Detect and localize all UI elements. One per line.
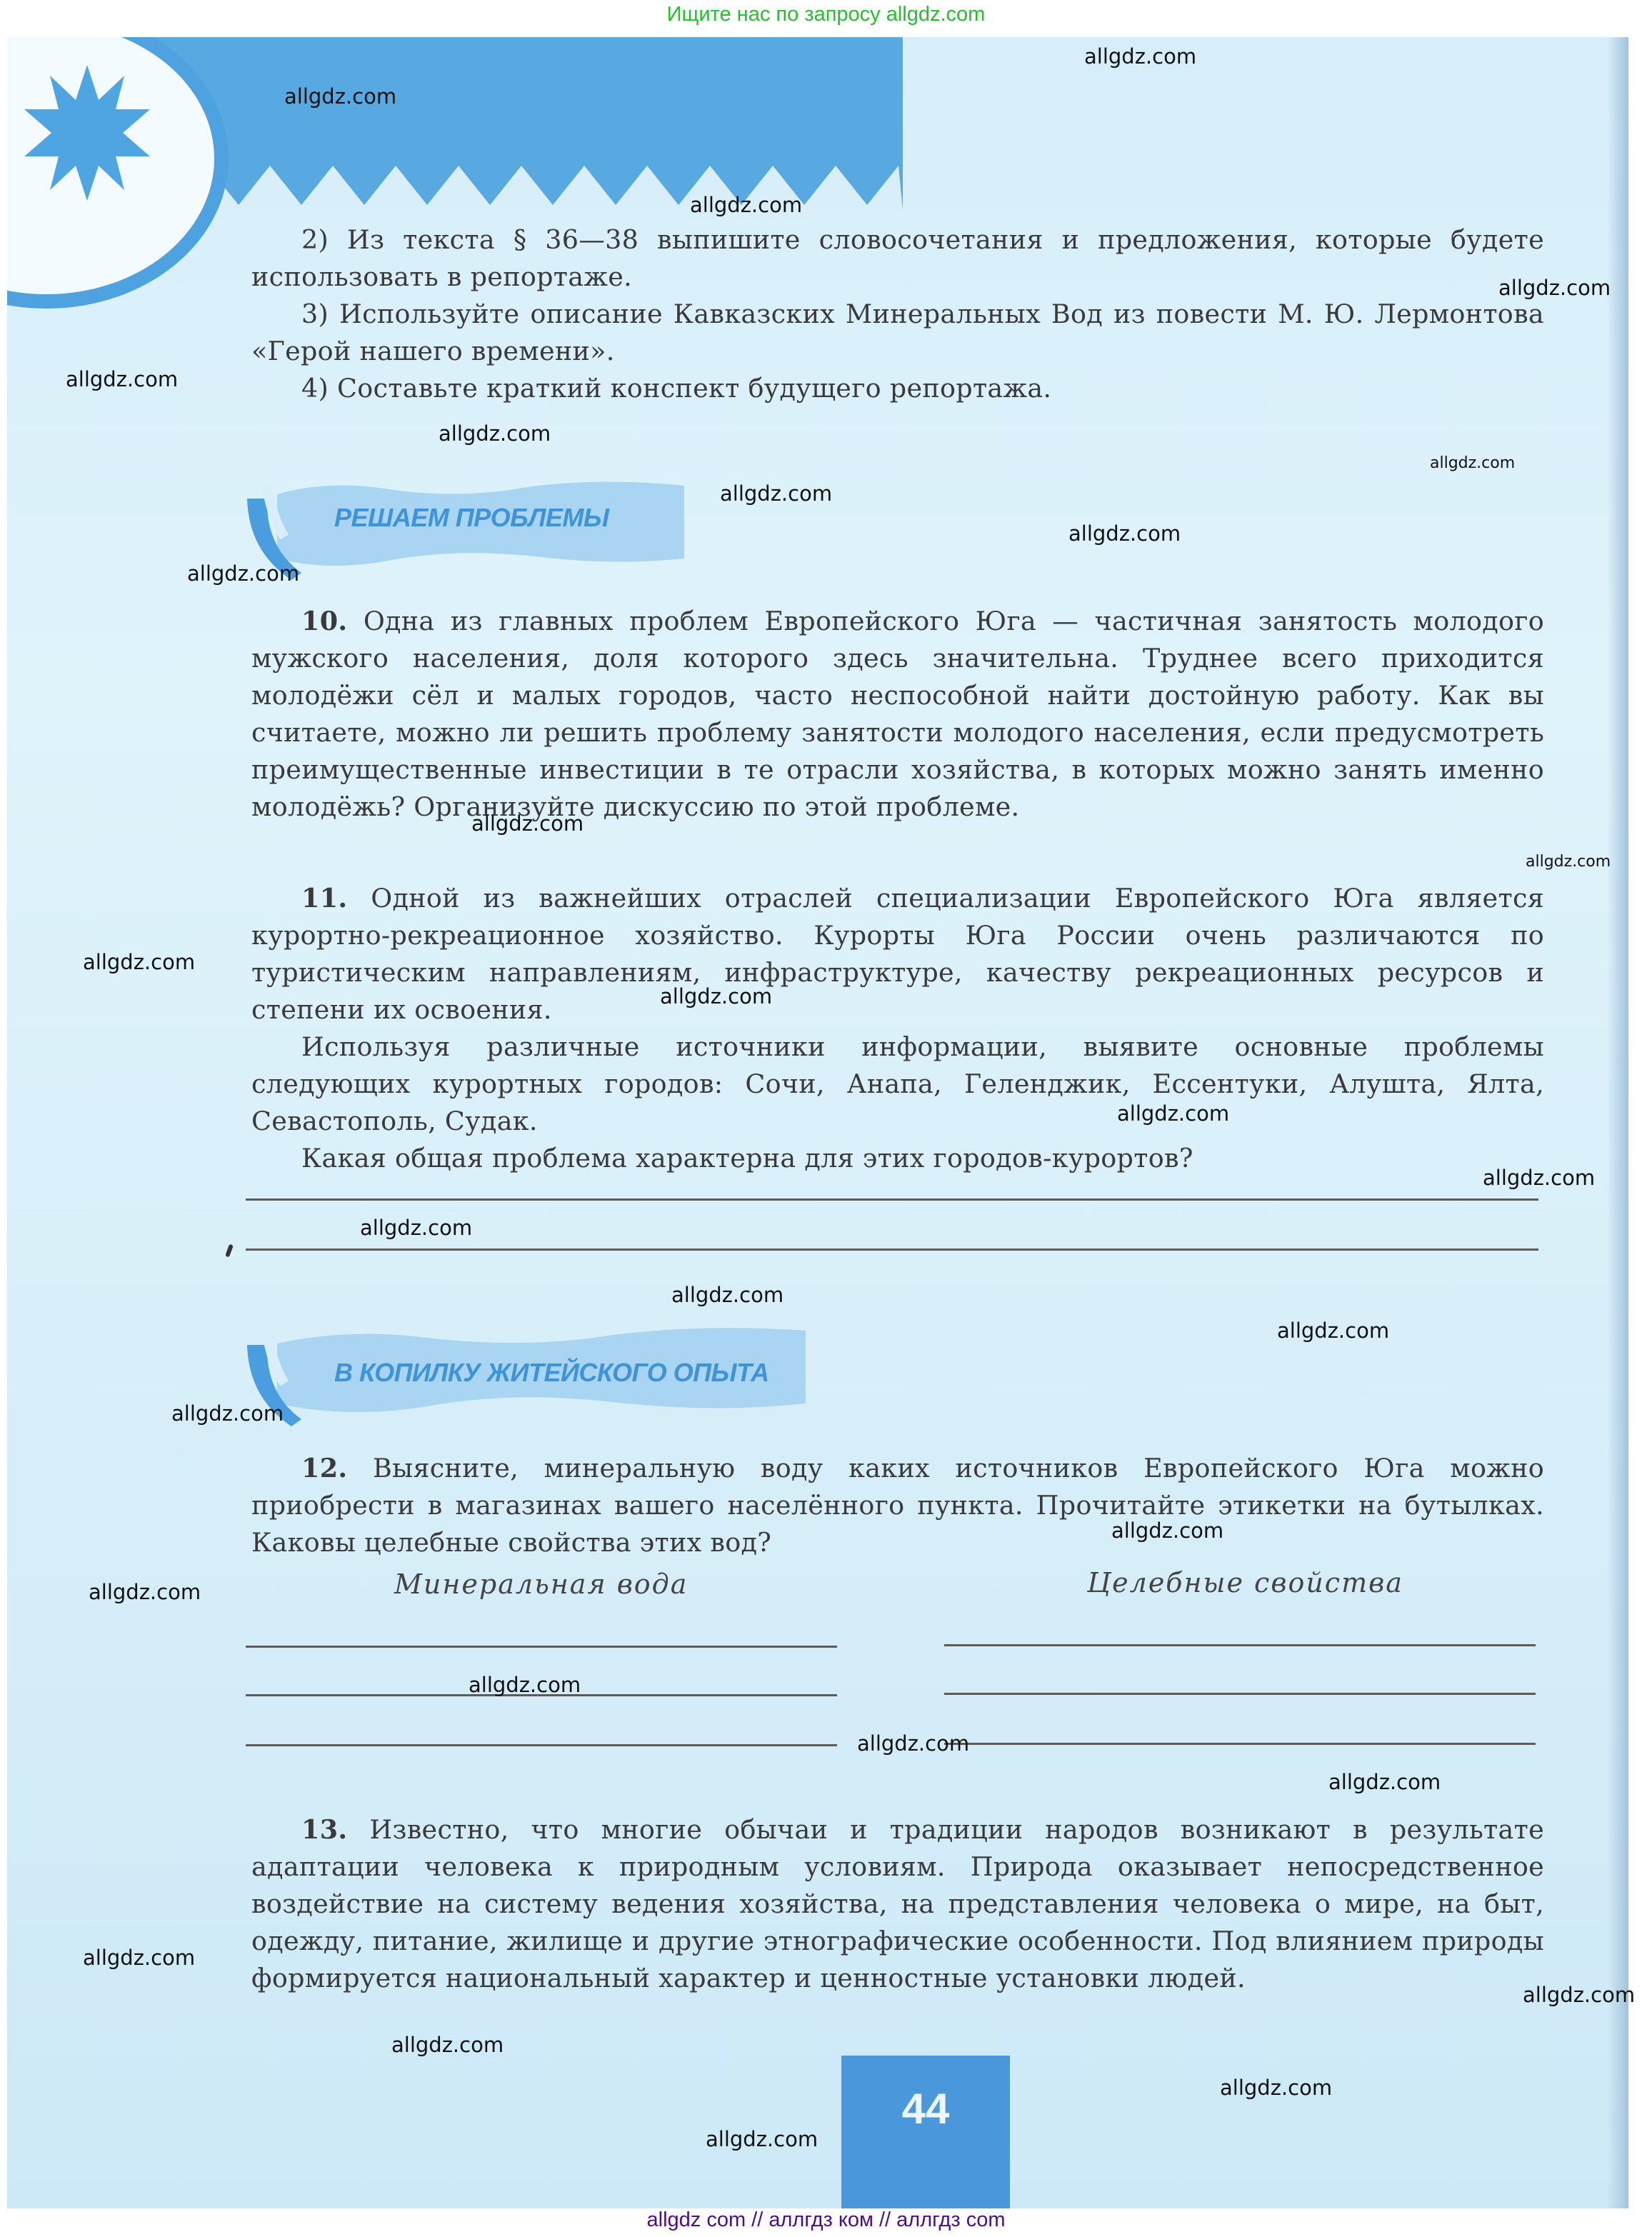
section-title: В КОПИЛКУ ЖИТЕЙСКОГО ОПЫТА [334, 1358, 769, 1388]
page-spine-shadow [1607, 37, 1628, 2208]
watermark: allgdz.com [1117, 1101, 1229, 1126]
top-banner: Ищите нас по запросу allgdz.com [0, 0, 1652, 37]
intro-item: 3) Используйте описание Кавказских Минер… [251, 296, 1544, 370]
intro-item: 4) Составьте краткий конспект будущего р… [251, 370, 1544, 407]
watermark: allgdz.com [391, 2033, 504, 2057]
task-question: Какая общая проблема характерна для этих… [251, 1140, 1544, 1177]
watermark: allgdz.com [83, 1946, 195, 1970]
task-12: 12. Выясните, минеральную воду каких ист… [251, 1450, 1544, 1561]
task-number: 13. [301, 1814, 347, 1845]
watermark: allgdz.com [171, 1401, 284, 1426]
answer-line-water-3[interactable] [246, 1744, 837, 1746]
watermark: allgdz.com [1111, 1518, 1223, 1543]
watermark: allgdz.com [1523, 1983, 1635, 2007]
answer-line[interactable] [246, 1198, 1538, 1201]
answer-line-water-1[interactable] [246, 1646, 837, 1648]
bottom-banner-link[interactable]: allgdz com // аллгдз ком // аллгдз com [0, 2208, 1652, 2232]
task-10: 10. Одна из главных проблем Европейского… [251, 603, 1544, 826]
watermark: allgdz.com [857, 1731, 969, 1756]
textbook-page: 2) Из текста § 36—38 выпишите словосочет… [7, 37, 1628, 2208]
watermark: allgdz.com [187, 561, 299, 586]
watermark: allgdz.com [1220, 2076, 1332, 2100]
answer-line-properties-3[interactable] [944, 1743, 1536, 1745]
task-text: Выясните, минеральную воду каких источни… [251, 1453, 1544, 1558]
watermark: allgdz.com [471, 811, 584, 836]
watermark: allgdz.com [1068, 521, 1181, 546]
task-number: 11. [301, 883, 347, 914]
task-text: Одной из важнейших отраслей специализаци… [251, 883, 1544, 1025]
task-number: 10. [301, 606, 347, 636]
answer-line-properties-2[interactable] [944, 1693, 1536, 1695]
watermark: allgdz.com [1498, 276, 1611, 300]
task-text: Известно, что многие обычаи и традиции н… [251, 1814, 1544, 1993]
watermark: allgdz.com [720, 481, 832, 506]
bottom-banner: allgdz com // аллгдз ком // аллгдз com [0, 2208, 1652, 2237]
watermark: allgdz.com [83, 950, 195, 974]
watermark: allgdz.com [1483, 1166, 1595, 1190]
watermark: allgdz.com [1277, 1318, 1389, 1343]
top-banner-link[interactable]: Ищите нас по запросу allgdz.com [0, 3, 1652, 26]
intro-item: 2) Из текста § 36—38 выпишите словосочет… [251, 221, 1544, 296]
watermark: allgdz.com [89, 1580, 201, 1604]
task-instruction: Используя различные источники информации… [251, 1029, 1544, 1140]
watermark: allgdz.com [360, 1216, 472, 1240]
task-13: 13. Известно, что многие обычаи и традиц… [251, 1811, 1544, 1997]
watermark: allgdz.com [439, 421, 551, 446]
page-number-box: 44 [841, 2056, 1010, 2208]
watermark: allgdz.com [706, 2127, 818, 2151]
watermark: allgdz.com [66, 367, 178, 391]
watermark: allgdz.com [284, 84, 396, 109]
task-11: 11. Одной из важнейших отраслей специали… [251, 880, 1544, 1177]
column-header-healing-properties: Целебные свойства [1087, 1567, 1403, 1598]
star-icon [23, 61, 151, 204]
watermark: allgdz.com [690, 193, 802, 217]
column-header-mineral-water: Минеральная вода [394, 1568, 688, 1600]
watermark: allgdz.com [660, 984, 772, 1009]
task-text: Одна из главных проблем Европейского Юга… [251, 606, 1544, 822]
watermark: allgdz.com [1328, 1770, 1441, 1794]
page-number: 44 [841, 2084, 1010, 2133]
watermark: allgdz.com [1526, 853, 1611, 871]
answer-line[interactable] [246, 1248, 1538, 1251]
watermark: allgdz.com [1084, 44, 1196, 69]
watermark: allgdz.com [671, 1283, 784, 1307]
intro-list: 2) Из текста § 36—38 выпишите словосочет… [251, 221, 1544, 407]
section-title: РЕШАЕМ ПРОБЛЕМЫ [334, 503, 609, 533]
watermark: allgdz.com [1430, 454, 1515, 472]
pen-mark [225, 1244, 234, 1258]
watermark: allgdz.com [469, 1673, 581, 1697]
answer-line-properties-1[interactable] [944, 1644, 1536, 1646]
task-number: 12. [301, 1453, 347, 1483]
